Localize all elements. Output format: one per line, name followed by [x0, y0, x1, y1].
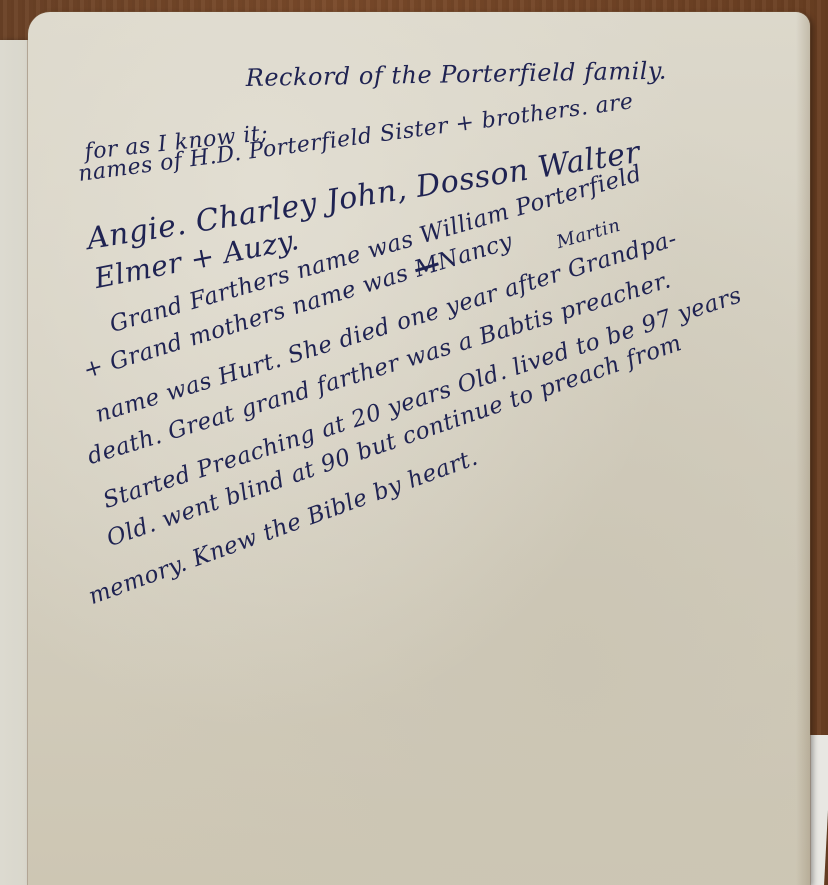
page-title: Reckord of the Porterfield family. — [246, 57, 668, 92]
document-page: Reckord of the Porterfield family. for a… — [28, 12, 810, 885]
